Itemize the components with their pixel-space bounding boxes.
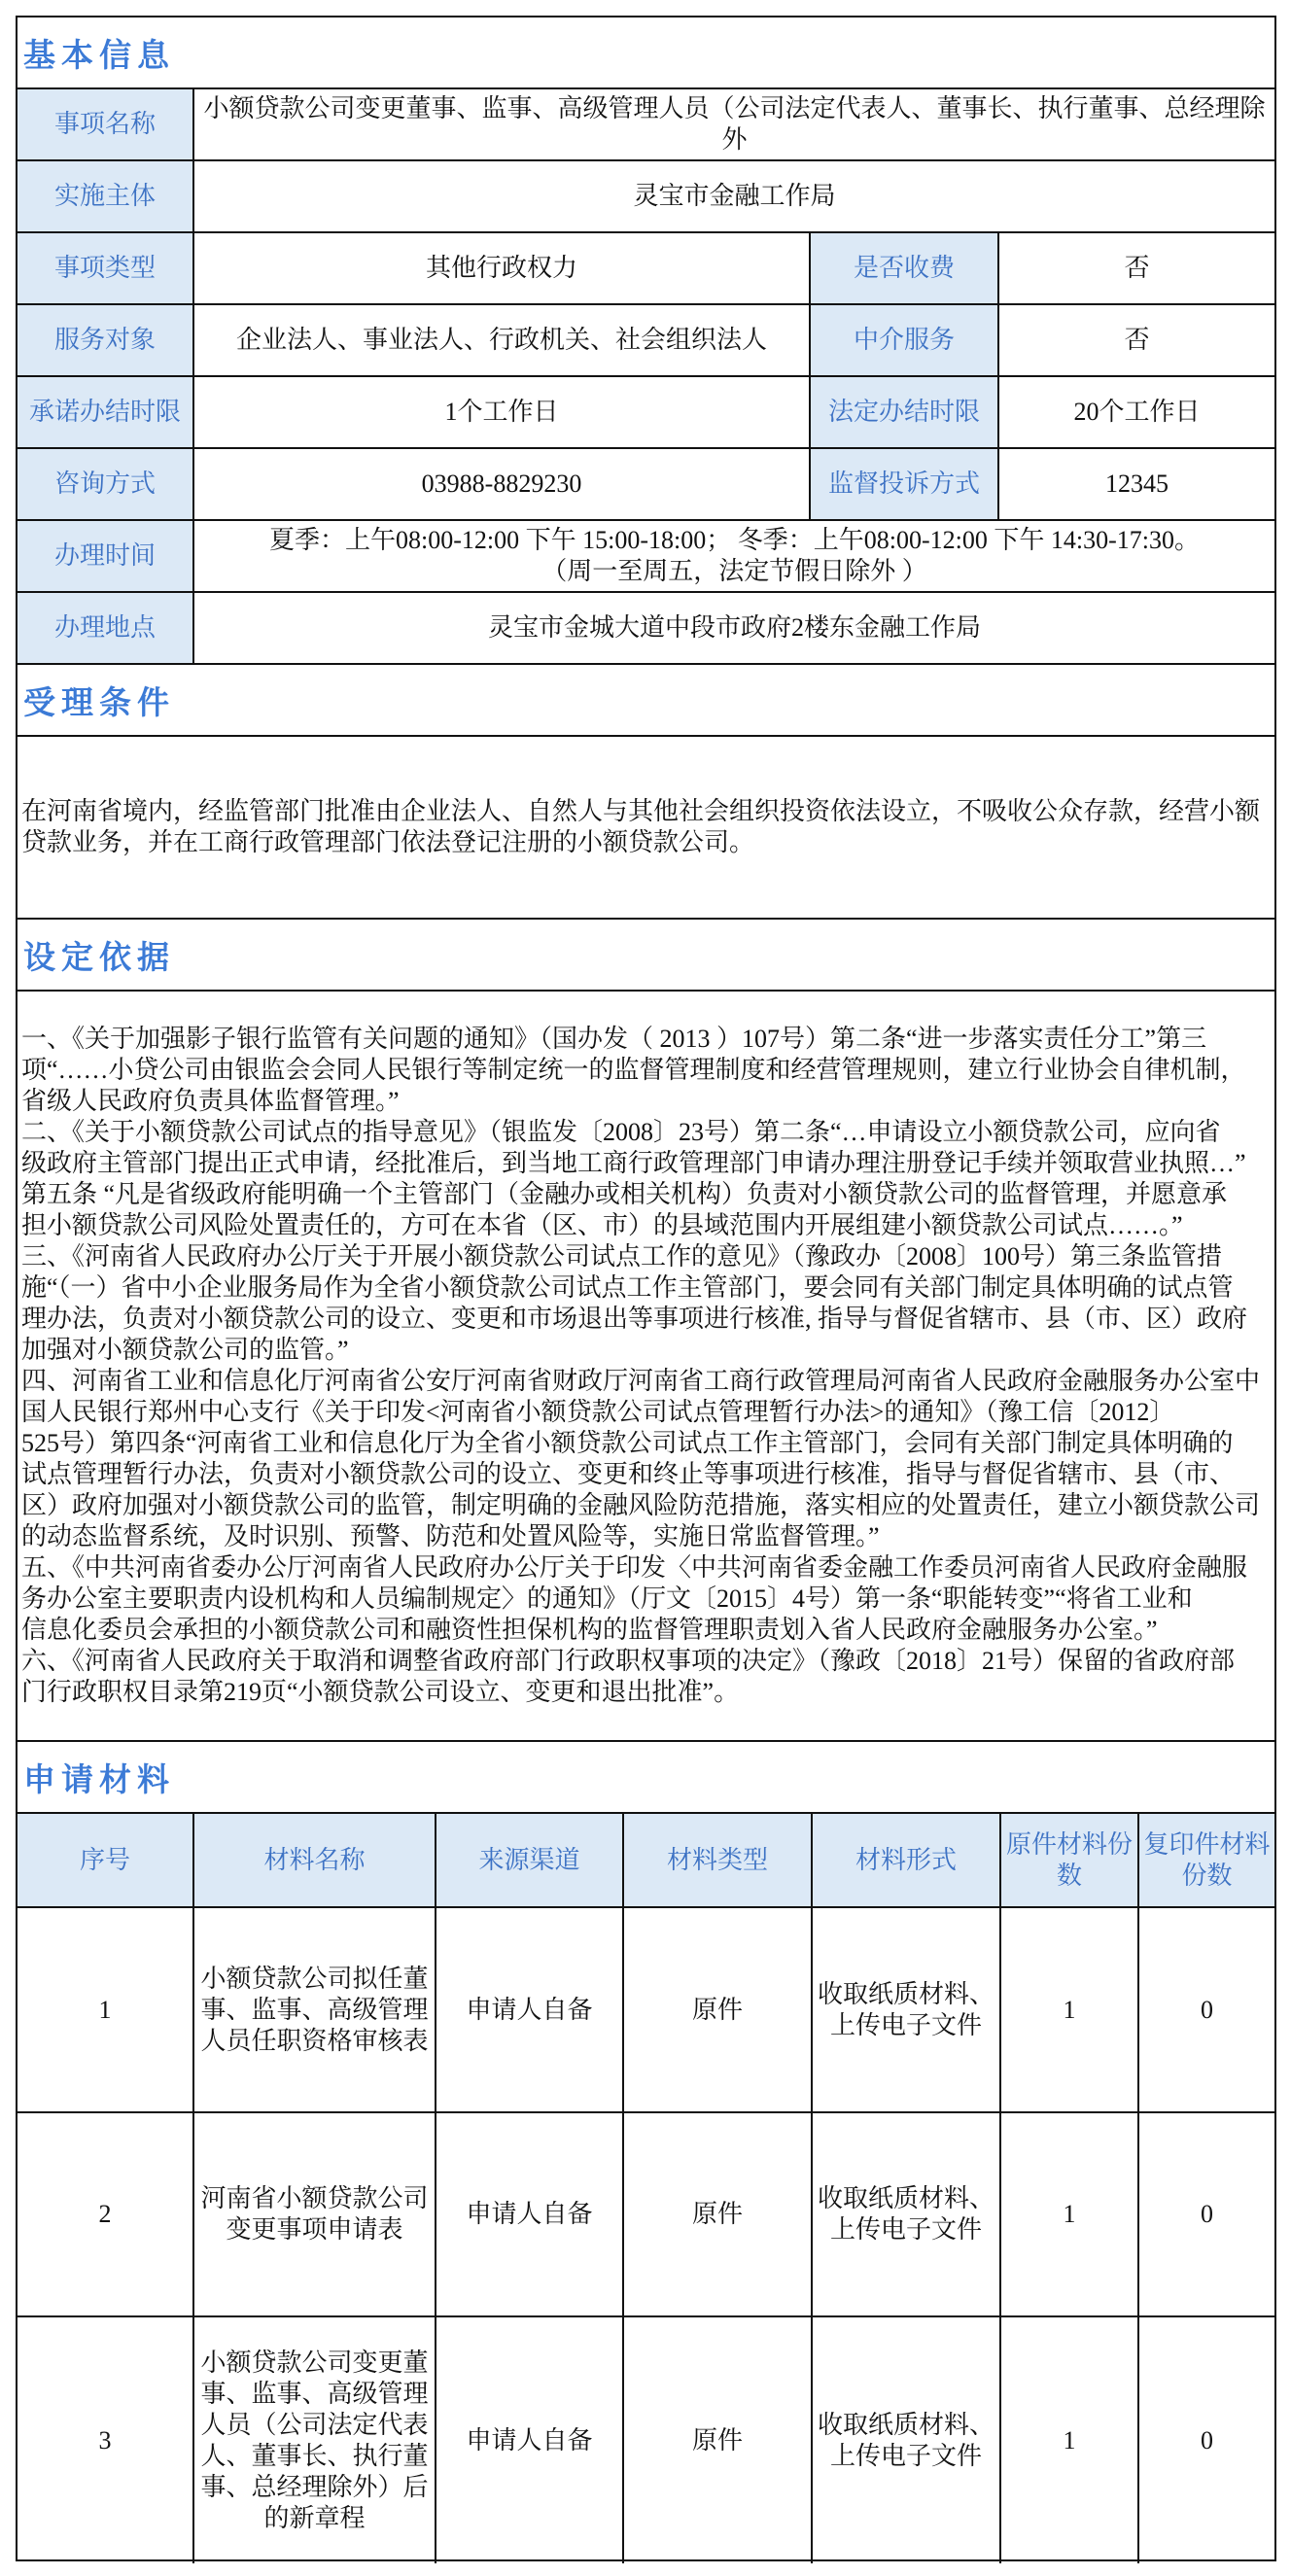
info-row-item-name: 事项名称 小额贷款公司变更董事、监事、高级管理人员（公司法定代表人、董事长、执行… (17, 87, 1274, 159)
label-consult-method: 咨询方式 (17, 449, 194, 519)
legal-basis-text: 一、《关于加强影子银行监管有关问题的通知》（国办发（ 2013 ）107号）第二… (17, 992, 1274, 1740)
column-header-original-count: 原件材料份数 (1001, 1814, 1139, 1906)
column-header-source: 来源渠道 (436, 1814, 624, 1906)
value-intermediary-service: 否 (999, 305, 1274, 375)
cell-material-form: 收取纸质材料、上传电子文件 (813, 2317, 1001, 2563)
text-line: 务办公室主要职责内设机构和人员编制规定〉的通知》（厅文〔2015〕4号）第一条“… (21, 1584, 1271, 1615)
info-row-time-limit: 承诺办结时限 1个工作日 法定办结时限 20个工作日 (17, 375, 1274, 447)
table-row: 3 小额贷款公司变更董事、监事、高级管理人员（公司法定代表人、董事长、执行董事、… (17, 2315, 1274, 2563)
value-office-hours: 夏季：上午08:00-12:00 下午 15:00-18:00； 冬季：上午08… (194, 521, 1274, 591)
acceptance-conditions-content: 在河南省境内，经监管部门批准由企业法人、自然人与其他社会组织投资依法设立，不吸收… (17, 735, 1274, 918)
cell-no: 1 (17, 1908, 194, 2111)
value-implementing-body: 灵宝市金融工作局 (194, 161, 1274, 231)
label-legal-time-limit: 法定办结时限 (811, 377, 999, 447)
value-service-target: 企业法人、事业法人、行政机关、社会组织法人 (194, 305, 811, 375)
column-header-material-name: 材料名称 (194, 1814, 436, 1906)
table-row: 1 小额贷款公司拟任董事、监事、高级管理人员任职资格审核表 申请人自备 原件 收… (17, 1906, 1274, 2111)
value-complaint-phone: 12345 (999, 449, 1274, 519)
label-item-name: 事项名称 (17, 89, 194, 159)
section-title-materials: 申请材料 (23, 1755, 175, 1800)
column-header-copy-count: 复印件材料份数 (1139, 1814, 1274, 1906)
label-item-type: 事项类型 (17, 233, 194, 303)
label-complaint-method: 监督投诉方式 (811, 449, 999, 519)
label-intermediary-service: 中介服务 (811, 305, 999, 375)
value-promised-time-limit: 1个工作日 (194, 377, 811, 447)
value-office-location: 灵宝市金城大道中段市政府2楼东金融工作局 (194, 593, 1274, 663)
cell-material-name: 河南省小额贷款公司变更事项申请表 (194, 2113, 436, 2315)
section-header-acceptance-conditions: 受理条件 (17, 663, 1274, 735)
text-line: 项“……小贷公司由银监会会同人民银行等制定统一的监督管理制度和经营管理规则，建立… (21, 1055, 1271, 1086)
value-fee-charged: 否 (999, 233, 1274, 303)
cell-source: 申请人自备 (436, 2113, 624, 2315)
text-line: 贷款业务，并在工商行政管理部门依法登记注册的小额贷款公司。 (21, 827, 1271, 858)
text-line: 在河南省境内，经监管部门批准由企业法人、自然人与其他社会组织投资依法设立，不吸收… (21, 796, 1271, 827)
detail-table: 基本信息 事项名称 小额贷款公司变更董事、监事、高级管理人员（公司法定代表人、董… (16, 16, 1276, 2561)
service-item-detail-page: 基本信息 事项名称 小额贷款公司变更董事、监事、高级管理人员（公司法定代表人、董… (0, 0, 1291, 2576)
info-row-item-type: 事项类型 其他行政权力 是否收费 否 (17, 231, 1274, 303)
value-consult-phone: 03988-8829230 (194, 449, 811, 519)
section-title-legal-basis: 设定依据 (23, 932, 175, 978)
label-office-hours: 办理时间 (17, 521, 194, 591)
column-header-no: 序号 (17, 1814, 194, 1906)
text-line: 门行政职权目录第219页“小额贷款公司设立、变更和退出批准”。 (21, 1677, 1271, 1708)
text-line: 四、河南省工业和信息化厅河南省公安厅河南省财政厅河南省工商行政管理局河南省人民政… (21, 1366, 1271, 1397)
text-line: 第五条 “凡是省级政府能明确一个主管部门（金融办或相关机构）负责对小额贷款公司的… (21, 1179, 1271, 1210)
text-line: 理办法，负责对小额贷款公司的设立、变更和市场退出等事项进行核准, 指导与督促省辖… (21, 1304, 1271, 1335)
text-line: 一、《关于加强影子银行监管有关问题的通知》（国办发（ 2013 ）107号）第二… (21, 1024, 1271, 1055)
label-office-location: 办理地点 (17, 593, 194, 663)
acceptance-conditions-text: 在河南省境内，经监管部门批准由企业法人、自然人与其他社会组织投资依法设立，不吸收… (17, 737, 1274, 918)
cell-source: 申请人自备 (436, 2317, 624, 2563)
legal-basis-content: 一、《关于加强影子银行监管有关问题的通知》（国办发（ 2013 ）107号）第二… (17, 990, 1274, 1740)
text-line: 三、《河南省人民政府办公厅关于开展小额贷款公司试点工作的意见》（豫政办〔2008… (21, 1241, 1271, 1272)
cell-no: 2 (17, 2113, 194, 2315)
label-service-target: 服务对象 (17, 305, 194, 375)
cell-material-name: 小额贷款公司变更董事、监事、高级管理人员（公司法定代表人、董事长、执行董事、总经… (194, 2317, 436, 2563)
text-line: 级政府主管部门提出正式申请，经批准后，到当地工商行政管理部门申请办理注册登记手续… (21, 1148, 1271, 1179)
office-hours-note: （周一至周五，法定节假日除外 ） (541, 556, 927, 587)
section-header-legal-basis: 设定依据 (17, 918, 1274, 990)
cell-copy-count: 0 (1139, 2113, 1274, 2315)
info-row-contact: 咨询方式 03988-8829230 监督投诉方式 12345 (17, 447, 1274, 519)
cell-material-form: 收取纸质材料、上传电子文件 (813, 2113, 1001, 2315)
text-line: 施“（一）省中小企业服务局作为全省小额贷款公司试点工作主管部门，要会同有关部门制… (21, 1272, 1271, 1304)
label-fee-charged: 是否收费 (811, 233, 999, 303)
column-header-material-form: 材料形式 (813, 1814, 1001, 1906)
cell-original-count: 1 (1001, 2113, 1139, 2315)
cell-original-count: 1 (1001, 2317, 1139, 2563)
text-line: 五、《中共河南省委办公厅河南省人民政府办公厅关于印发〈中共河南省委金融工作委员河… (21, 1552, 1271, 1584)
section-header-materials: 申请材料 (17, 1740, 1274, 1812)
info-row-implementing-body: 实施主体 灵宝市金融工作局 (17, 159, 1274, 231)
value-item-type: 其他行政权力 (194, 233, 811, 303)
text-line: 525号）第四条“河南省工业和信息化厅为全省小额贷款公司试点工作主管部门，会同有… (21, 1428, 1271, 1459)
text-line: 试点管理暂行办法，负责对小额贷款公司的设立、变更和终止等事项进行核准，指导与督促… (21, 1459, 1271, 1490)
text-line: 省级人民政府负责具体监督管理。” (21, 1086, 1271, 1117)
text-line: 加强对小额贷款公司的监管。” (21, 1335, 1271, 1366)
text-line: 国人民银行郑州中心支行《关于印发<河南省小额贷款公司试点管理暂行办法>的通知》（… (21, 1397, 1271, 1428)
text-line: 信息化委员会承担的小额贷款公司和融资性担保机构的监督管理职责划入省人民政府金融服… (21, 1615, 1271, 1646)
cell-no: 3 (17, 2317, 194, 2563)
materials-table-header: 序号 材料名称 来源渠道 材料类型 材料形式 原件材料份数 复印件材料份数 (17, 1812, 1274, 1906)
label-implementing-body: 实施主体 (17, 161, 194, 231)
cell-material-form: 收取纸质材料、上传电子文件 (813, 1908, 1001, 2111)
info-row-office-location: 办理地点 灵宝市金城大道中段市政府2楼东金融工作局 (17, 591, 1274, 663)
text-line: 二、《关于小额贷款公司试点的指导意见》（银监发〔2008〕23号）第二条“…申请… (21, 1117, 1271, 1148)
cell-copy-count: 0 (1139, 2317, 1274, 2563)
info-row-service-target: 服务对象 企业法人、事业法人、行政机关、社会组织法人 中介服务 否 (17, 303, 1274, 375)
cell-source: 申请人自备 (436, 1908, 624, 2111)
cell-material-type: 原件 (624, 1908, 813, 2111)
value-item-name: 小额贷款公司变更董事、监事、高级管理人员（公司法定代表人、董事长、执行董事、总经… (194, 89, 1274, 159)
cell-material-type: 原件 (624, 2317, 813, 2563)
info-row-office-hours: 办理时间 夏季：上午08:00-12:00 下午 15:00-18:00； 冬季… (17, 519, 1274, 591)
column-header-material-type: 材料类型 (624, 1814, 813, 1906)
section-header-basic-info: 基本信息 (17, 17, 1274, 87)
cell-original-count: 1 (1001, 1908, 1139, 2111)
text-line: 担小额贷款公司风险处置责任的，方可在本省（区、市）的县域范围内开展组建小额贷款公… (21, 1210, 1271, 1241)
cell-material-name: 小额贷款公司拟任董事、监事、高级管理人员任职资格审核表 (194, 1908, 436, 2111)
text-line: 的动态监督系统，及时识别、预警、防范和处置风险等，实施日常监督管理。” (21, 1521, 1271, 1552)
section-title-acceptance-conditions: 受理条件 (23, 678, 175, 723)
table-row: 2 河南省小额贷款公司变更事项申请表 申请人自备 原件 收取纸质材料、上传电子文… (17, 2111, 1274, 2315)
label-promised-time-limit: 承诺办结时限 (17, 377, 194, 447)
cell-material-type: 原件 (624, 2113, 813, 2315)
value-legal-time-limit: 20个工作日 (999, 377, 1274, 447)
text-line: 区）政府加强对小额贷款公司的监管，制定明确的金融风险防范措施，落实相应的处置责任… (21, 1490, 1271, 1521)
section-title-basic-info: 基本信息 (23, 30, 175, 76)
text-line: 六、《河南省人民政府关于取消和调整省政府部门行政职权事项的决定》（豫政〔2018… (21, 1646, 1271, 1677)
cell-copy-count: 0 (1139, 1908, 1274, 2111)
office-hours-line: 夏季：上午08:00-12:00 下午 15:00-18:00； 冬季：上午08… (269, 525, 1200, 556)
